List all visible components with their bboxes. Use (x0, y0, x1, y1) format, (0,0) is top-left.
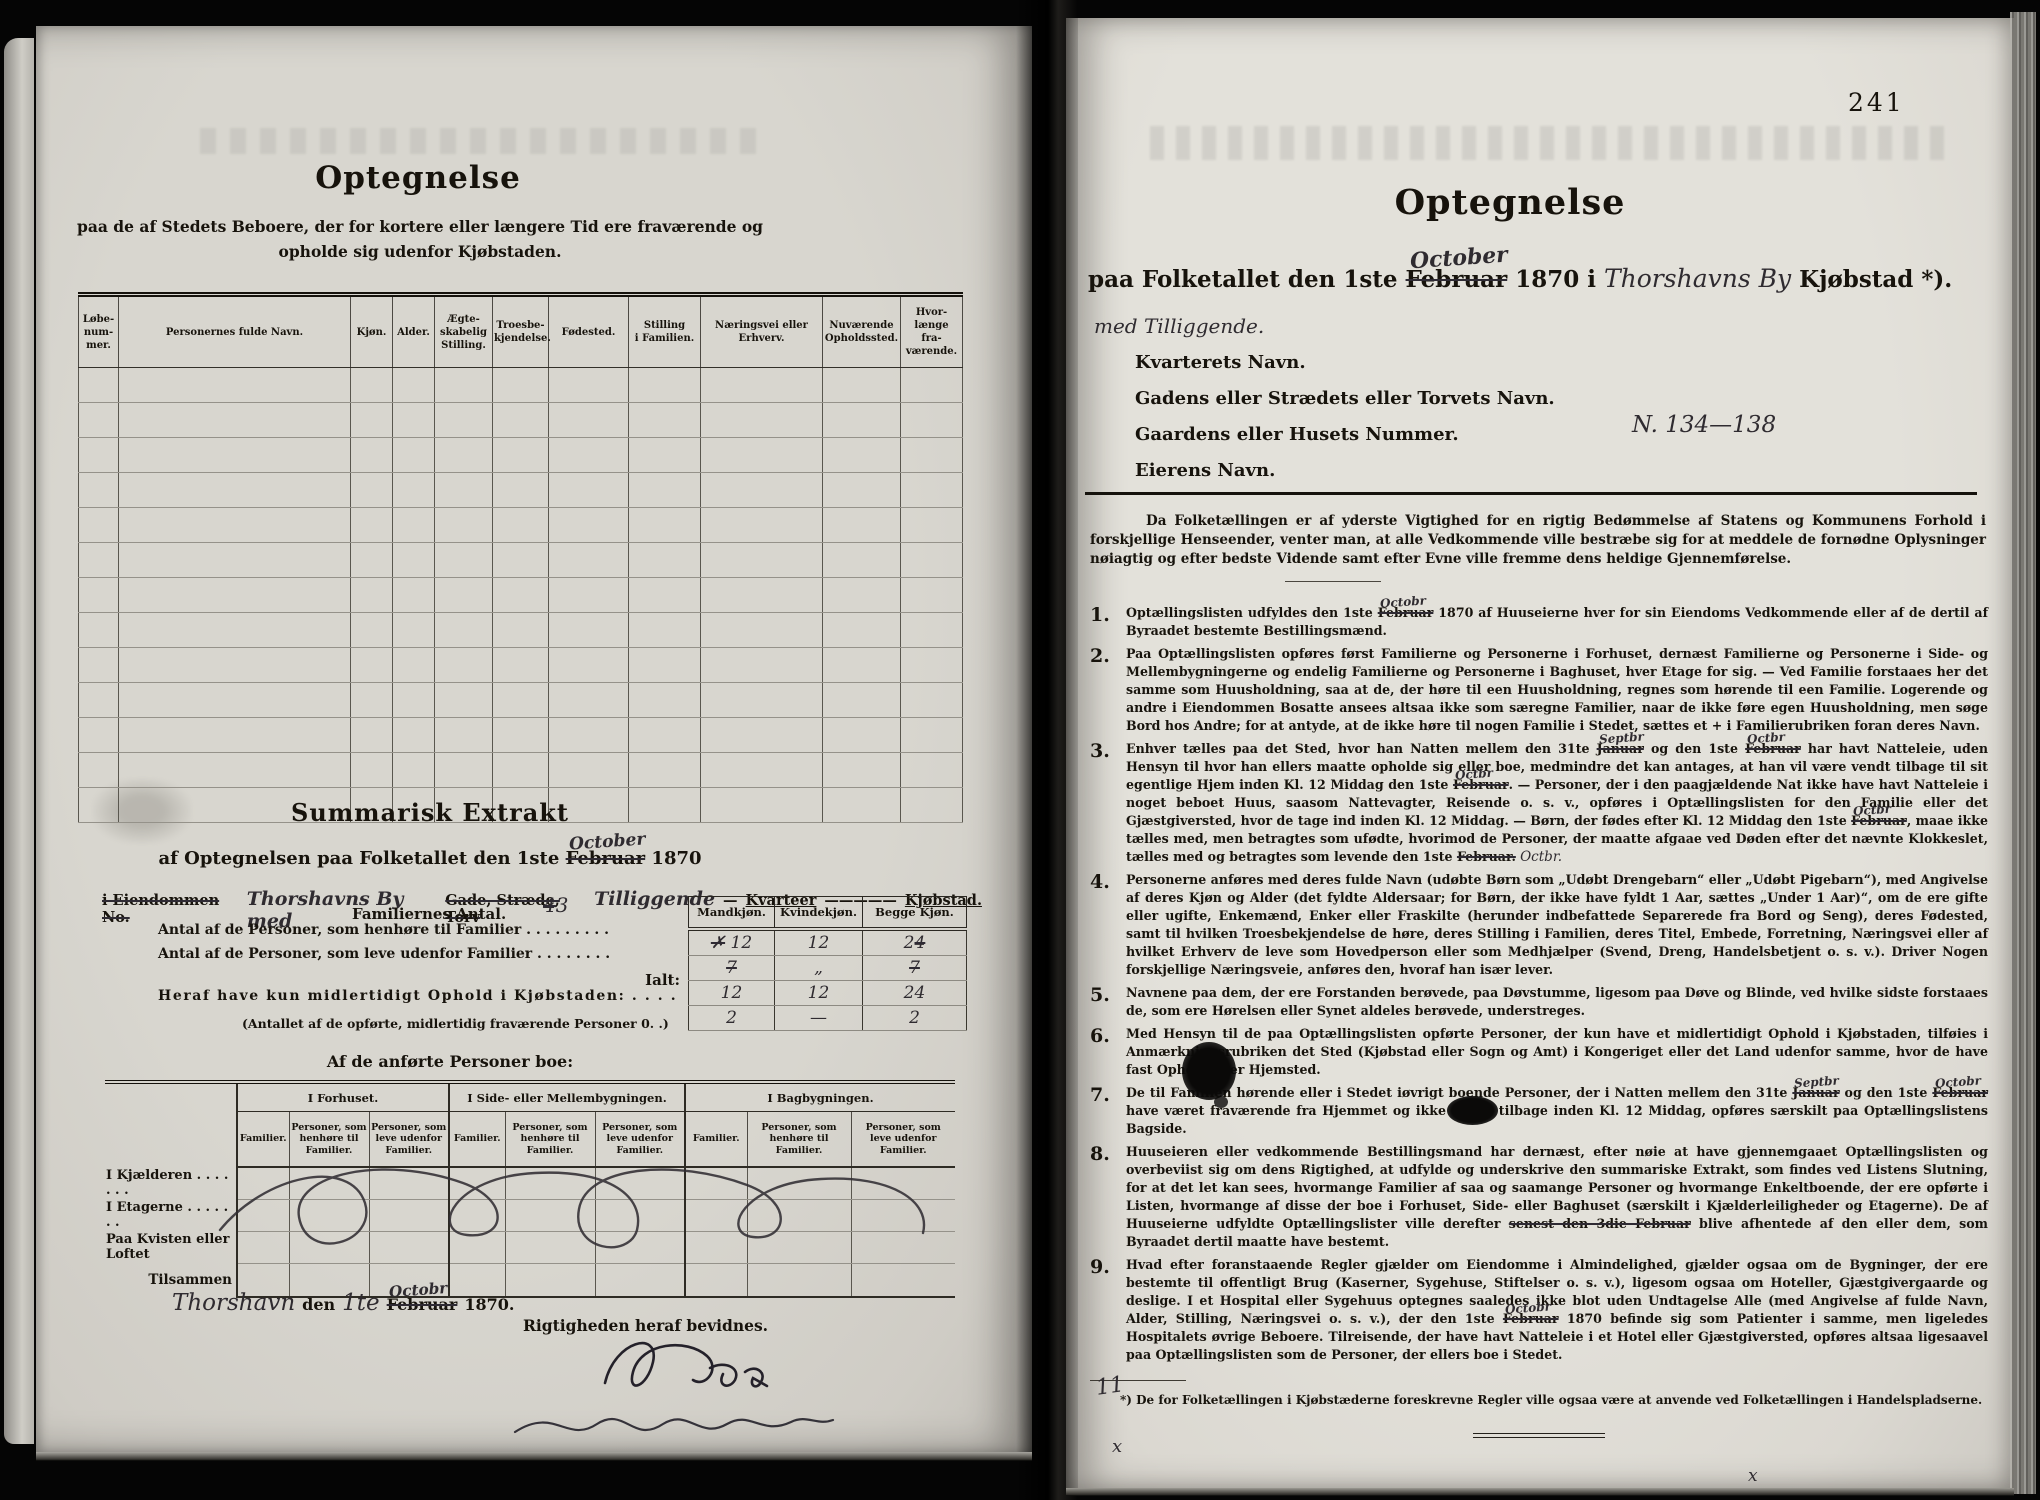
empty-register-row (79, 683, 963, 718)
column-header: Næringsvei eller Erhverv. (701, 295, 823, 368)
count-cell: 7 (689, 956, 775, 981)
empty-register-row (79, 368, 963, 403)
book-spine (1016, 0, 1078, 1500)
instruction-number: 2. (1090, 645, 1126, 735)
empty-register-row (79, 718, 963, 753)
count-cell: 12 (775, 929, 863, 956)
column-header: Personernes fulde Navn. (119, 295, 351, 368)
building-group-header: I Bagbygningen. (685, 1082, 955, 1112)
building-group-header: I Forhuset. (237, 1082, 449, 1112)
count-cell: 24 (863, 929, 967, 956)
instruction-text: Hvad efter foranstaaende Regler gjælder … (1126, 1256, 1988, 1364)
left-page-title: Optegnelse (268, 160, 568, 196)
instruction-number: 7. (1090, 1084, 1126, 1138)
column-header: Hvor- længe fra- værende. (901, 295, 963, 368)
column-header: Nuværende Opholdssted. (823, 295, 901, 368)
count-cell: 2 (689, 1006, 775, 1031)
count-row: 7„7 (689, 956, 967, 981)
instruction-list: 1.Optællingslisten udfyldes den 1ste Feb… (1090, 604, 1988, 1438)
empty-register-row (79, 648, 963, 683)
count-cell: 12 (775, 981, 863, 1006)
instruction-number: 1. (1090, 604, 1126, 640)
count-row: ✗ 121224 (689, 929, 967, 956)
count-row: 121224 (689, 981, 967, 1006)
handwritten-mark-x: x (1112, 1436, 1122, 1457)
column-header: Kjøn. (351, 295, 393, 368)
field-quarter-name: Kvarterets Navn. (1135, 352, 1306, 373)
instruction-text: Navnene paa dem, der ere Forstanden berø… (1126, 984, 1988, 1020)
absence-register-table: Løbe- num- mer.Personernes fulde Navn.Kj… (78, 292, 963, 823)
instruction-text: Paa Optællingslisten opføres først Famil… (1126, 645, 1988, 735)
empty-register-row (79, 613, 963, 648)
count-cell: — (775, 1006, 863, 1031)
census-intro-paragraph: Da Folketællingen er af yderste Vigtighe… (1090, 512, 1986, 569)
instruction-item: 2.Paa Optællingslisten opføres først Fam… (1090, 645, 1988, 735)
heading-divider-rule (1085, 492, 1977, 495)
instruction-number: 4. (1090, 871, 1126, 979)
instruction-item: 5.Navnene paa dem, der ere Forstanden be… (1090, 984, 1988, 1020)
ink-blot-small (1214, 1096, 1228, 1108)
right-page-title: Optegnelse (1210, 182, 1810, 223)
instruction-item: 8.Huuseieren eller vedkommende Bestillin… (1090, 1143, 1988, 1251)
column-header: Fødested. (549, 295, 629, 368)
sex-column-header: Kvindekjøn. (775, 897, 863, 930)
count-cell: ✗ 12 (689, 929, 775, 956)
empty-register-row (79, 543, 963, 578)
column-header: Stilling i Familien. (629, 295, 701, 368)
census-heading-line: paa Folketallet den 1ste FebruarOctober … (1088, 264, 1983, 293)
instruction-text: Personerne anføres med deres fulde Navn … (1126, 871, 1988, 979)
instruction-number: 8. (1090, 1143, 1126, 1251)
persons-outside-families-label: Antal af de Personer, som leve udenfor F… (158, 946, 610, 962)
instruction-item: 9.Hvad efter foranstaaende Regler gjælde… (1090, 1256, 1988, 1364)
families-count-value: 43 (543, 893, 568, 917)
instruction-text: Med Hensyn til de paa Optællingslisten o… (1126, 1025, 1988, 1079)
building-group-header: I Side- eller Mellembygningen. (449, 1082, 685, 1112)
empty-register-row (79, 578, 963, 613)
count-cell: 12 (689, 981, 775, 1006)
handwritten-flourish-zeros (215, 1135, 960, 1285)
instruction-number: 6. (1090, 1025, 1126, 1079)
summary-extract-title: Summarisk Extrakt (230, 798, 630, 827)
count-cell: „ (775, 956, 863, 981)
sex-column-header: Begge Kjøn. (863, 897, 967, 930)
handwritten-mark-11: 11 (1094, 1372, 1125, 1401)
instruction-number: 5. (1090, 984, 1126, 1020)
instruction-text: Enhver tælles paa det Sted, hvor han Nat… (1126, 740, 1988, 866)
intro-divider (1285, 581, 1381, 582)
ink-blot (1182, 1042, 1236, 1100)
right-page-bottom-edge (1066, 1488, 2014, 1496)
column-header: Alder. (393, 295, 435, 368)
count-cell: 7 (863, 956, 967, 981)
left-page-subtitle: paa de af Stedets Beboere, der for korte… (48, 214, 792, 264)
sex-column-header: Mandkjøn. (689, 897, 775, 930)
med-tilliggende-handwriting: med Tilliggende. (1094, 314, 1264, 338)
temporary-residence-label: Heraf have kun midlertidigt Ophold i Kjø… (158, 988, 677, 1004)
end-rule (1473, 1433, 1605, 1438)
instruction-text: Huuseieren eller vedkommende Bestillings… (1126, 1143, 1988, 1251)
page-number: 241 (1848, 88, 1905, 117)
empty-register-row (79, 473, 963, 508)
field-owner-name: Eierens Navn. (1135, 460, 1275, 481)
residence-table-title: Af de anførte Personer boe: (250, 1052, 650, 1071)
instruction-item: 3.Enhver tælles paa det Sted, hvor han N… (1090, 740, 1988, 866)
instruction-number: 3. (1090, 740, 1126, 866)
absent-persons-note: (Antallet af de opførte, midlertidig fra… (242, 1016, 669, 1031)
footnote-text: *) De for Folketællingen i Kjøbstæderne … (1090, 1393, 1988, 1407)
place-date-line: Thorshavnden1teFebruarOctobr1870. (172, 1290, 514, 1316)
persons-in-families-label: Antal af de Personer, som henhøre til Fa… (158, 922, 609, 938)
column-header: Troesbe- kjendelse. (493, 295, 549, 368)
census-book-scan: Optegnelse paa de af Stedets Beboere, de… (0, 0, 2040, 1500)
instruction-item: 1.Optællingslisten udfyldes den 1ste Feb… (1090, 604, 1988, 640)
signature-flourish (455, 1328, 875, 1468)
handwritten-mark-x2: x (1748, 1466, 1758, 1486)
instruction-text: De til Familien hørende eller i Stedet i… (1126, 1084, 1988, 1138)
count-cell: 2 (863, 1006, 967, 1031)
instruction-text: Optællingslisten udfyldes den 1ste Febru… (1126, 604, 1988, 640)
instruction-item: 4.Personerne anføres med deres fulde Nav… (1090, 871, 1988, 979)
column-header: Ægte- skabelig Stilling. (435, 295, 493, 368)
empty-register-row (79, 438, 963, 473)
count-row: 2—2 (689, 1006, 967, 1031)
field-house-number: Gaardens eller Husets Nummer. (1135, 424, 1459, 445)
total-label: Ialt: (622, 971, 680, 989)
empty-register-row (79, 403, 963, 438)
page-edge-left (4, 38, 34, 1444)
sex-count-table: Mandkjøn.Kvindekjøn.Begge Kjøn.✗ 1212247… (688, 896, 967, 1031)
summary-extract-subtitle: af Optegnelsen paa Folketallet den 1ste … (150, 848, 710, 869)
page-stack-edge (2010, 12, 2036, 1494)
empty-register-row (79, 753, 963, 788)
instruction-number: 9. (1090, 1256, 1126, 1364)
field-street-name: Gadens eller Strædets eller Torvets Navn… (1135, 388, 1555, 409)
column-header: Løbe- num- mer. (79, 295, 119, 368)
house-number-handwriting: N. 134—138 (1632, 412, 1776, 438)
families-count-label: Familiernes Antal. (352, 905, 506, 923)
count-cell: 24 (863, 981, 967, 1006)
instruction-items: 1.Optællingslisten udfyldes den 1ste Feb… (1090, 604, 1988, 1364)
empty-register-row (79, 508, 963, 543)
